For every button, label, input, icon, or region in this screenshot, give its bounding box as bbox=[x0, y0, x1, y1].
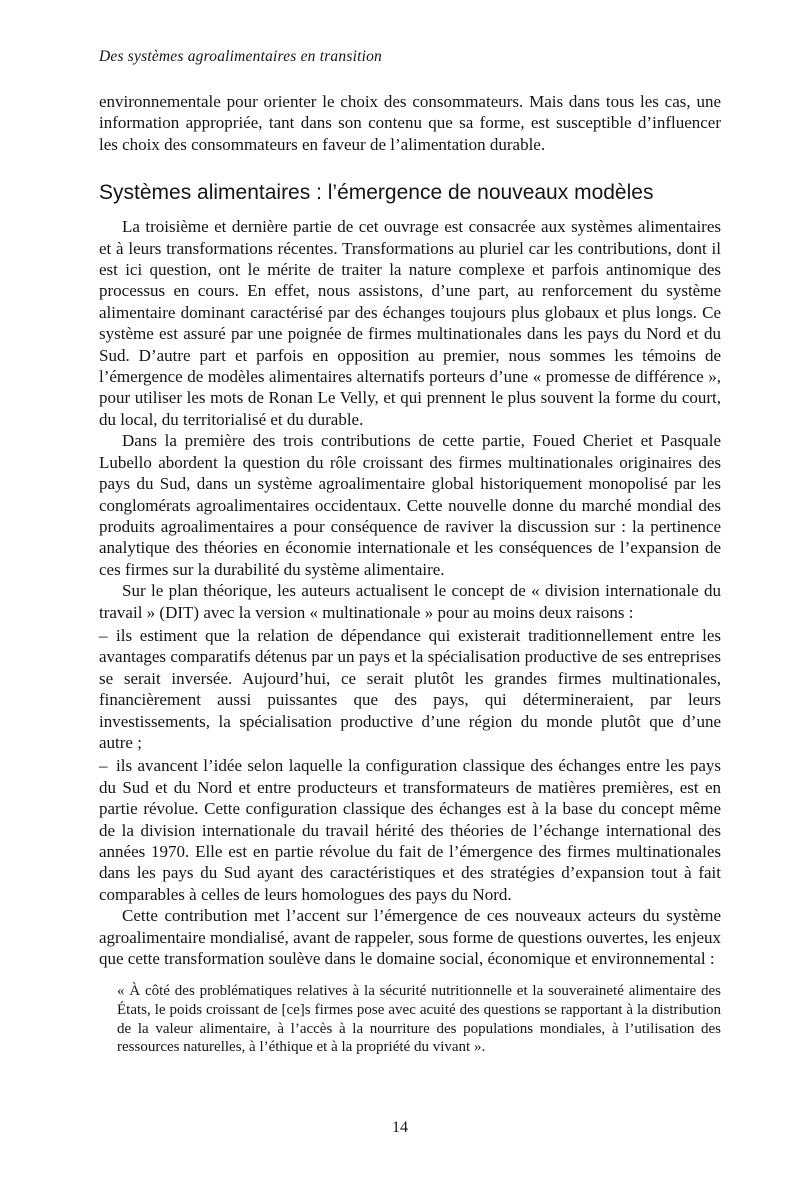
bullet-item: – ils estiment que la relation de dépend… bbox=[99, 625, 721, 753]
paragraph: Cette contribution met l’accent sur l’ém… bbox=[99, 905, 721, 969]
running-header: Des systèmes agroalimentaires en transit… bbox=[99, 48, 382, 66]
book-page: Des systèmes agroalimentaires en transit… bbox=[0, 0, 800, 1200]
page-content: environnementale pour orienter le choix … bbox=[99, 91, 721, 1057]
page-number: 14 bbox=[0, 1119, 800, 1137]
paragraph: La troisième et dernière partie de cet o… bbox=[99, 216, 721, 430]
paragraph: Dans la première des trois contributions… bbox=[99, 430, 721, 580]
block-quote: « À côté des problématiques relatives à … bbox=[117, 982, 721, 1056]
bullet-item: – ils avancent l’idée selon laquelle la … bbox=[99, 755, 721, 905]
section-heading: Systèmes alimentaires : l’émergence de n… bbox=[99, 181, 721, 205]
paragraph: Sur le plan théorique, les auteurs actua… bbox=[99, 580, 721, 623]
paragraph-continuation: environnementale pour orienter le choix … bbox=[99, 91, 721, 155]
